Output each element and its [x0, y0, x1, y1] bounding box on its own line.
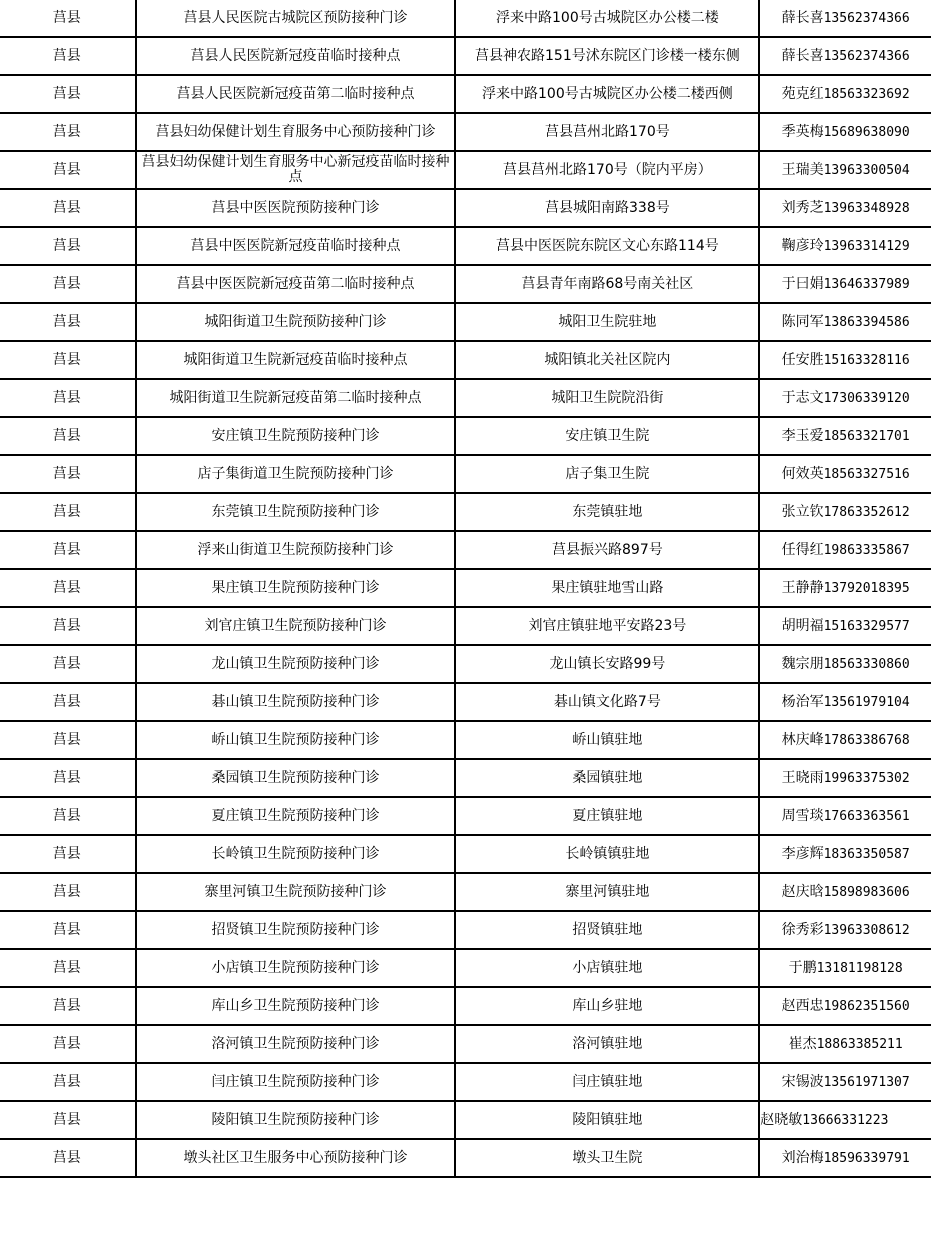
county-cell: 莒县 — [0, 75, 136, 113]
county-cell: 莒县 — [0, 379, 136, 417]
site-name-cell: 闫庄镇卫生院预防接种门诊 — [136, 1063, 456, 1101]
site-name-cell: 莒县中医医院新冠疫苗临时接种点 — [136, 227, 456, 265]
address-cell: 龙山镇长安路99号 — [455, 645, 759, 683]
table-row: 莒县莒县中医医院新冠疫苗第二临时接种点莒县青年南路68号南关社区于曰娟13646… — [0, 265, 931, 303]
contact-phone: 18863385211 — [817, 1037, 903, 1052]
table-row: 莒县莒县妇幼保健计划生育服务中心新冠疫苗临时接种点莒县莒州北路170号（院内平房… — [0, 151, 931, 189]
contact-cell: 薛长喜13562374366 — [759, 0, 931, 37]
contact-phone: 13963300504 — [824, 163, 910, 178]
contact-cell: 何效英18563327516 — [759, 455, 931, 493]
county-cell: 莒县 — [0, 455, 136, 493]
county-cell: 莒县 — [0, 189, 136, 227]
contact-name: 王瑞美 — [782, 162, 824, 178]
contact-name: 李玉爱 — [782, 428, 824, 444]
address-cell: 闫庄镇驻地 — [455, 1063, 759, 1101]
table-row: 莒县龙山镇卫生院预防接种门诊龙山镇长安路99号魏宗朋18563330860 — [0, 645, 931, 683]
site-name-cell: 峤山镇卫生院预防接种门诊 — [136, 721, 456, 759]
contact-cell: 鞠彦玲13963314129 — [759, 227, 931, 265]
contact-cell: 徐秀彩13963308612 — [759, 911, 931, 949]
address-cell: 浮来中路100号古城院区办公楼二楼西侧 — [455, 75, 759, 113]
county-cell: 莒县 — [0, 683, 136, 721]
contact-name: 陈同军 — [782, 314, 824, 330]
contact-cell: 刘治梅18596339791 — [759, 1139, 931, 1177]
site-name-cell: 莒县中医医院预防接种门诊 — [136, 189, 456, 227]
address-cell: 东莞镇驻地 — [455, 493, 759, 531]
table-row: 莒县小店镇卫生院预防接种门诊小店镇驻地于鹏13181198128 — [0, 949, 931, 987]
contact-cell: 胡明福15163329577 — [759, 607, 931, 645]
address-cell: 招贤镇驻地 — [455, 911, 759, 949]
contact-name: 任得红 — [782, 542, 824, 558]
address-cell: 陵阳镇驻地 — [455, 1101, 759, 1139]
table-row: 莒县莒县人民医院新冠疫苗临时接种点莒县神农路151号沭东院区门诊楼一楼东侧薛长喜… — [0, 37, 931, 75]
table-row: 莒县长岭镇卫生院预防接种门诊长岭镇镇驻地李彦辉18363350587 — [0, 835, 931, 873]
contact-cell: 林庆峰17863386768 — [759, 721, 931, 759]
site-name-cell: 库山乡卫生院预防接种门诊 — [136, 987, 456, 1025]
contact-phone: 13666331223 — [802, 1113, 888, 1128]
contact-name: 于志文 — [782, 390, 824, 406]
site-name-cell: 莒县妇幼保健计划生育服务中心预防接种门诊 — [136, 113, 456, 151]
contact-name: 苑克红 — [782, 86, 824, 102]
vaccination-sites-table: 莒县莒县人民医院古城院区预防接种门诊浮来中路100号古城院区办公楼二楼薛长喜13… — [0, 0, 931, 1178]
table-row: 莒县寨里河镇卫生院预防接种门诊寨里河镇驻地赵庆晗15898983606 — [0, 873, 931, 911]
address-cell: 莒县城阳南路338号 — [455, 189, 759, 227]
contact-phone: 18563323692 — [824, 87, 910, 102]
site-name-cell: 夏庄镇卫生院预防接种门诊 — [136, 797, 456, 835]
address-cell: 果庄镇驻地雪山路 — [455, 569, 759, 607]
contact-cell: 赵晓敏13666331223 — [759, 1101, 931, 1139]
address-cell: 莒县莒州北路170号（院内平房） — [455, 151, 759, 189]
site-name-cell: 桑园镇卫生院预防接种门诊 — [136, 759, 456, 797]
contact-name: 赵庆晗 — [782, 884, 824, 900]
address-cell: 莒县神农路151号沭东院区门诊楼一楼东侧 — [455, 37, 759, 75]
contact-phone: 13561979104 — [824, 695, 910, 710]
contact-cell: 魏宗朋18563330860 — [759, 645, 931, 683]
contact-cell: 陈同军13863394586 — [759, 303, 931, 341]
contact-name: 赵西忠 — [782, 998, 824, 1014]
address-cell: 夏庄镇驻地 — [455, 797, 759, 835]
address-cell: 城阳镇北关社区院内 — [455, 341, 759, 379]
table-row: 莒县莒县人民医院古城院区预防接种门诊浮来中路100号古城院区办公楼二楼薛长喜13… — [0, 0, 931, 37]
contact-phone: 15898983606 — [824, 885, 910, 900]
address-cell: 莒县振兴路897号 — [455, 531, 759, 569]
county-cell: 莒县 — [0, 569, 136, 607]
contact-cell: 于曰娟13646337989 — [759, 265, 931, 303]
county-cell: 莒县 — [0, 1025, 136, 1063]
site-name-cell: 店子集街道卫生院预防接种门诊 — [136, 455, 456, 493]
site-name-cell: 陵阳镇卫生院预防接种门诊 — [136, 1101, 456, 1139]
contact-phone: 13562374366 — [824, 11, 910, 26]
contact-name: 王晓雨 — [782, 770, 824, 786]
table-row: 莒县果庄镇卫生院预防接种门诊果庄镇驻地雪山路王静静13792018395 — [0, 569, 931, 607]
table-row: 莒县浮来山街道卫生院预防接种门诊莒县振兴路897号任得红19863335867 — [0, 531, 931, 569]
address-cell: 浮来中路100号古城院区办公楼二楼 — [455, 0, 759, 37]
contact-cell: 杨治军13561979104 — [759, 683, 931, 721]
contact-name: 李彦辉 — [782, 846, 824, 862]
county-cell: 莒县 — [0, 113, 136, 151]
contact-name: 胡明福 — [782, 618, 824, 634]
contact-cell: 赵西忠19862351560 — [759, 987, 931, 1025]
site-name-cell: 莒县妇幼保健计划生育服务中心新冠疫苗临时接种点 — [136, 151, 456, 189]
contact-phone: 18563330860 — [824, 657, 910, 672]
county-cell: 莒县 — [0, 531, 136, 569]
contact-name: 张立钦 — [782, 504, 824, 520]
county-cell: 莒县 — [0, 151, 136, 189]
contact-name: 周雪琰 — [782, 808, 824, 824]
site-name-cell: 安庄镇卫生院预防接种门诊 — [136, 417, 456, 455]
address-cell: 莒县中医医院东院区文心东路114号 — [455, 227, 759, 265]
contact-phone: 13792018395 — [824, 581, 910, 596]
contact-name: 于曰娟 — [782, 276, 824, 292]
contact-name: 薛长喜 — [782, 10, 824, 26]
county-cell: 莒县 — [0, 37, 136, 75]
table-row: 莒县夏庄镇卫生院预防接种门诊夏庄镇驻地周雪琰17663363561 — [0, 797, 931, 835]
county-cell: 莒县 — [0, 835, 136, 873]
table-row: 莒县桑园镇卫生院预防接种门诊桑园镇驻地王晓雨19963375302 — [0, 759, 931, 797]
contact-name: 季英梅 — [782, 124, 824, 140]
site-name-cell: 浮来山街道卫生院预防接种门诊 — [136, 531, 456, 569]
contact-cell: 王静静13792018395 — [759, 569, 931, 607]
table-row: 莒县安庄镇卫生院预防接种门诊安庄镇卫生院李玉爱18563321701 — [0, 417, 931, 455]
site-name-cell: 果庄镇卫生院预防接种门诊 — [136, 569, 456, 607]
site-name-cell: 城阳街道卫生院预防接种门诊 — [136, 303, 456, 341]
contact-phone: 13562374366 — [824, 49, 910, 64]
site-name-cell: 刘官庄镇卫生院预防接种门诊 — [136, 607, 456, 645]
county-cell: 莒县 — [0, 0, 136, 37]
table-row: 莒县城阳街道卫生院预防接种门诊城阳卫生院驻地陈同军13863394586 — [0, 303, 931, 341]
contact-phone: 18563327516 — [824, 467, 910, 482]
address-cell: 洛河镇驻地 — [455, 1025, 759, 1063]
address-cell: 墩头卫生院 — [455, 1139, 759, 1177]
county-cell: 莒县 — [0, 607, 136, 645]
county-cell: 莒县 — [0, 721, 136, 759]
contact-name: 鞠彦玲 — [782, 238, 824, 254]
address-cell: 城阳卫生院院沿街 — [455, 379, 759, 417]
contact-phone: 13561971307 — [824, 1075, 910, 1090]
site-name-cell: 莒县人民医院新冠疫苗第二临时接种点 — [136, 75, 456, 113]
contact-name: 魏宗朋 — [782, 656, 824, 672]
site-name-cell: 寨里河镇卫生院预防接种门诊 — [136, 873, 456, 911]
contact-name: 薛长喜 — [782, 48, 824, 64]
site-name-cell: 城阳街道卫生院新冠疫苗临时接种点 — [136, 341, 456, 379]
address-cell: 库山乡驻地 — [455, 987, 759, 1025]
table-row: 莒县墩头社区卫生服务中心预防接种门诊墩头卫生院刘治梅18596339791 — [0, 1139, 931, 1177]
table-row: 莒县莒县中医医院预防接种门诊莒县城阳南路338号刘秀芝13963348928 — [0, 189, 931, 227]
contact-cell: 于志文17306339120 — [759, 379, 931, 417]
contact-cell: 崔杰18863385211 — [759, 1025, 931, 1063]
site-name-cell: 莒县人民医院古城院区预防接种门诊 — [136, 0, 456, 37]
contact-cell: 张立钦17863352612 — [759, 493, 931, 531]
site-name-cell: 碁山镇卫生院预防接种门诊 — [136, 683, 456, 721]
contact-phone: 15689638090 — [824, 125, 910, 140]
site-name-cell: 小店镇卫生院预防接种门诊 — [136, 949, 456, 987]
contact-phone: 13181198128 — [817, 961, 903, 976]
contact-name: 林庆峰 — [782, 732, 824, 748]
contact-name: 何效英 — [782, 466, 824, 482]
contact-phone: 15163328116 — [824, 353, 910, 368]
county-cell: 莒县 — [0, 1139, 136, 1177]
county-cell: 莒县 — [0, 759, 136, 797]
contact-cell: 薛长喜13562374366 — [759, 37, 931, 75]
contact-name: 王静静 — [782, 580, 824, 596]
site-name-cell: 龙山镇卫生院预防接种门诊 — [136, 645, 456, 683]
contact-phone: 19963375302 — [824, 771, 910, 786]
address-cell: 店子集卫生院 — [455, 455, 759, 493]
contact-name: 刘秀芝 — [782, 200, 824, 216]
address-cell: 寨里河镇驻地 — [455, 873, 759, 911]
address-cell: 峤山镇驻地 — [455, 721, 759, 759]
county-cell: 莒县 — [0, 987, 136, 1025]
site-name-cell: 长岭镇卫生院预防接种门诊 — [136, 835, 456, 873]
contact-phone: 18563321701 — [824, 429, 910, 444]
table-row: 莒县峤山镇卫生院预防接种门诊峤山镇驻地林庆峰17863386768 — [0, 721, 931, 759]
contact-cell: 于鹏13181198128 — [759, 949, 931, 987]
site-name-cell: 墩头社区卫生服务中心预防接种门诊 — [136, 1139, 456, 1177]
table-body: 莒县莒县人民医院古城院区预防接种门诊浮来中路100号古城院区办公楼二楼薛长喜13… — [0, 0, 931, 1177]
contact-cell: 刘秀芝13963348928 — [759, 189, 931, 227]
contact-phone: 13646337989 — [824, 277, 910, 292]
site-name-cell: 莒县人民医院新冠疫苗临时接种点 — [136, 37, 456, 75]
contact-phone: 13863394586 — [824, 315, 910, 330]
site-name-cell: 招贤镇卫生院预防接种门诊 — [136, 911, 456, 949]
site-name-cell: 东莞镇卫生院预防接种门诊 — [136, 493, 456, 531]
contact-phone: 13963348928 — [824, 201, 910, 216]
county-cell: 莒县 — [0, 265, 136, 303]
address-cell: 桑园镇驻地 — [455, 759, 759, 797]
site-name-cell: 城阳街道卫生院新冠疫苗第二临时接种点 — [136, 379, 456, 417]
contact-name: 任安胜 — [782, 352, 824, 368]
contact-cell: 任安胜15163328116 — [759, 341, 931, 379]
contact-phone: 17863386768 — [824, 733, 910, 748]
address-cell: 刘官庄镇驻地平安路23号 — [455, 607, 759, 645]
table-row: 莒县东莞镇卫生院预防接种门诊东莞镇驻地张立钦17863352612 — [0, 493, 931, 531]
contact-phone: 13963314129 — [824, 239, 910, 254]
table-row: 莒县招贤镇卫生院预防接种门诊招贤镇驻地徐秀彩13963308612 — [0, 911, 931, 949]
contact-cell: 宋锡波13561971307 — [759, 1063, 931, 1101]
address-cell: 城阳卫生院驻地 — [455, 303, 759, 341]
contact-cell: 王瑞美13963300504 — [759, 151, 931, 189]
contact-cell: 任得红19863335867 — [759, 531, 931, 569]
contact-cell: 王晓雨19963375302 — [759, 759, 931, 797]
contact-cell: 李玉爱18563321701 — [759, 417, 931, 455]
county-cell: 莒县 — [0, 797, 136, 835]
contact-cell: 周雪琰17663363561 — [759, 797, 931, 835]
table-row: 莒县刘官庄镇卫生院预防接种门诊刘官庄镇驻地平安路23号胡明福1516332957… — [0, 607, 931, 645]
contact-phone: 17663363561 — [824, 809, 910, 824]
contact-cell: 赵庆晗15898983606 — [759, 873, 931, 911]
contact-phone: 19863335867 — [824, 543, 910, 558]
county-cell: 莒县 — [0, 1101, 136, 1139]
contact-name: 崔杰 — [789, 1036, 817, 1052]
county-cell: 莒县 — [0, 1063, 136, 1101]
table-row: 莒县碁山镇卫生院预防接种门诊碁山镇文化路7号杨治军13561979104 — [0, 683, 931, 721]
county-cell: 莒县 — [0, 227, 136, 265]
table-row: 莒县闫庄镇卫生院预防接种门诊闫庄镇驻地宋锡波13561971307 — [0, 1063, 931, 1101]
contact-name: 赵晓敏 — [760, 1112, 802, 1128]
table-row: 莒县陵阳镇卫生院预防接种门诊陵阳镇驻地赵晓敏13666331223 — [0, 1101, 931, 1139]
contact-phone: 15163329577 — [824, 619, 910, 634]
county-cell: 莒县 — [0, 417, 136, 455]
address-cell: 碁山镇文化路7号 — [455, 683, 759, 721]
address-cell: 安庄镇卫生院 — [455, 417, 759, 455]
contact-phone: 18363350587 — [824, 847, 910, 862]
contact-phone: 18596339791 — [824, 1151, 910, 1166]
contact-phone: 13963308612 — [824, 923, 910, 938]
contact-name: 于鹏 — [789, 960, 817, 976]
contact-phone: 19862351560 — [824, 999, 910, 1014]
contact-name: 刘治梅 — [782, 1150, 824, 1166]
address-cell: 小店镇驻地 — [455, 949, 759, 987]
contact-cell: 李彦辉18363350587 — [759, 835, 931, 873]
table-row: 莒县城阳街道卫生院新冠疫苗临时接种点城阳镇北关社区院内任安胜1516332811… — [0, 341, 931, 379]
table-row: 莒县洛河镇卫生院预防接种门诊洛河镇驻地崔杰18863385211 — [0, 1025, 931, 1063]
table-row: 莒县莒县妇幼保健计划生育服务中心预防接种门诊莒县莒州北路170号季英梅15689… — [0, 113, 931, 151]
county-cell: 莒县 — [0, 493, 136, 531]
contact-cell: 苑克红18563323692 — [759, 75, 931, 113]
county-cell: 莒县 — [0, 873, 136, 911]
table-row: 莒县店子集街道卫生院预防接种门诊店子集卫生院何效英18563327516 — [0, 455, 931, 493]
address-cell: 莒县莒州北路170号 — [455, 113, 759, 151]
county-cell: 莒县 — [0, 341, 136, 379]
contact-name: 杨治军 — [782, 694, 824, 710]
site-name-cell: 莒县中医医院新冠疫苗第二临时接种点 — [136, 265, 456, 303]
table-row: 莒县库山乡卫生院预防接种门诊库山乡驻地赵西忠19862351560 — [0, 987, 931, 1025]
table-row: 莒县城阳街道卫生院新冠疫苗第二临时接种点城阳卫生院院沿街于志文173063391… — [0, 379, 931, 417]
county-cell: 莒县 — [0, 949, 136, 987]
site-name-cell: 洛河镇卫生院预防接种门诊 — [136, 1025, 456, 1063]
contact-cell: 季英梅15689638090 — [759, 113, 931, 151]
contact-name: 宋锡波 — [782, 1074, 824, 1090]
contact-phone: 17863352612 — [824, 505, 910, 520]
county-cell: 莒县 — [0, 645, 136, 683]
table-row: 莒县莒县人民医院新冠疫苗第二临时接种点浮来中路100号古城院区办公楼二楼西侧苑克… — [0, 75, 931, 113]
contact-name: 徐秀彩 — [782, 922, 824, 938]
table-row: 莒县莒县中医医院新冠疫苗临时接种点莒县中医医院东院区文心东路114号鞠彦玲139… — [0, 227, 931, 265]
county-cell: 莒县 — [0, 911, 136, 949]
contact-phone: 17306339120 — [824, 391, 910, 406]
address-cell: 莒县青年南路68号南关社区 — [455, 265, 759, 303]
county-cell: 莒县 — [0, 303, 136, 341]
address-cell: 长岭镇镇驻地 — [455, 835, 759, 873]
